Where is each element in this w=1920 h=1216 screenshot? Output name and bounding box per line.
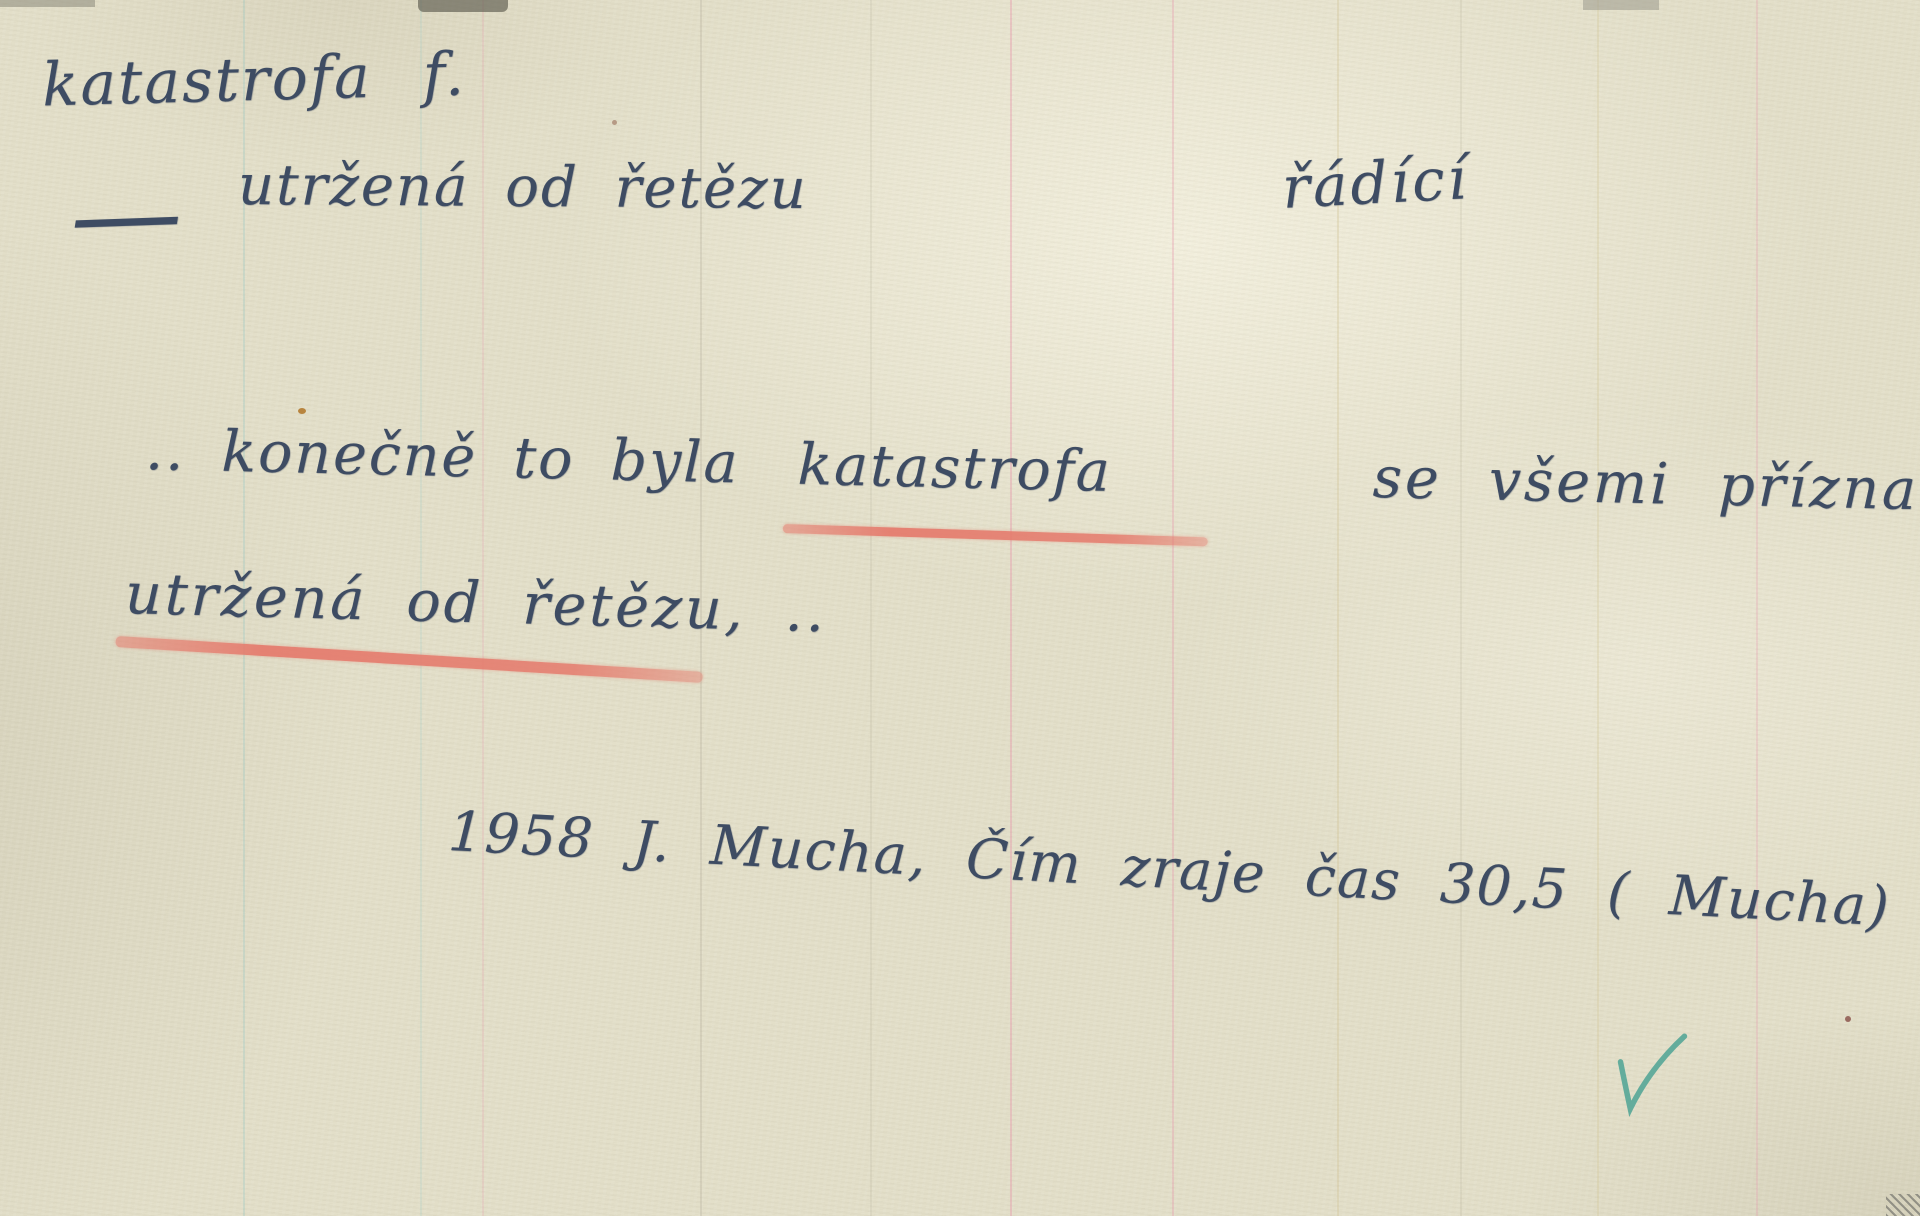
citation-line: 1958 J. Mucha, Čím zraje čas 30,5 ( Much…	[447, 800, 1892, 939]
corner-mark	[1886, 1194, 1920, 1216]
checkmark-icon	[1602, 1015, 1699, 1126]
quote-line-1: .. konečně to byla katastrofa se všemi p…	[145, 418, 1920, 526]
scan-edge-artifact	[1583, 0, 1659, 10]
crease-line	[870, 0, 872, 1216]
paper-speck	[1845, 1016, 1851, 1022]
quote-tail: se všemi příznaky,	[1372, 445, 1920, 525]
scan-edge-artifact	[418, 0, 508, 12]
scan-edge-artifact	[0, 0, 95, 7]
headword-line: katastrofa f.	[41, 40, 467, 120]
quote-lead: .. konečně to byla	[145, 417, 741, 496]
gender-label: f.	[422, 39, 467, 110]
gloss-note: řádící	[1280, 145, 1470, 221]
red-underline-line2	[115, 636, 703, 683]
quote-keyword: katastrofa	[797, 432, 1113, 505]
paper-speck	[298, 408, 306, 414]
index-card: katastrofa f. — utržená od řetězu řádící…	[0, 0, 1920, 1216]
collocation: utržená od řetězu	[238, 154, 808, 222]
red-underline-keyword	[783, 524, 1208, 546]
crease-line	[1597, 0, 1599, 1216]
crease-line	[1172, 0, 1174, 1216]
tilde-dash: —	[68, 156, 178, 272]
quote-line-2: utržená od řetězu, ..	[124, 562, 828, 646]
crease-line	[1756, 0, 1758, 1216]
crease-line	[1010, 0, 1012, 1216]
headword: katastrofa	[41, 42, 372, 121]
paper-speck	[612, 120, 617, 125]
